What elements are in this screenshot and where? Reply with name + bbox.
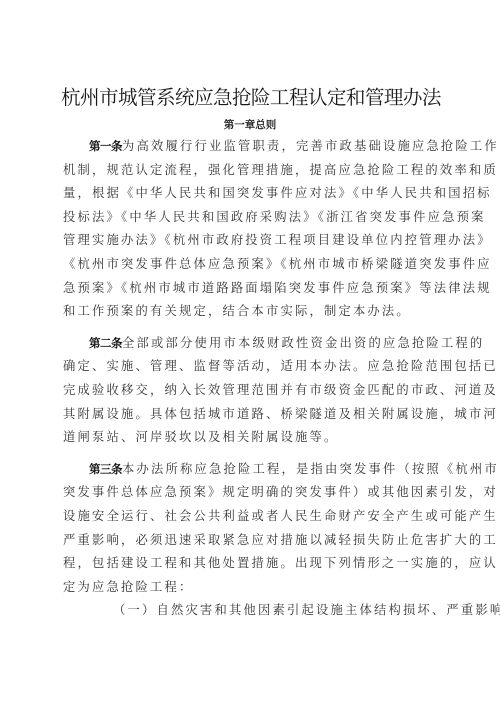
text-line: （一）自然灾害和其他因素引起设施主体结构损坏、严重影响 — [63, 599, 439, 623]
text-line: 《杭州市突发事件总体应急预案》《杭州市城市桥梁隧道突发事件应 — [63, 253, 439, 277]
article-number: 第一条 — [89, 139, 122, 153]
text-line: 程，包括建设工程和其他处置措施。出现下列情形之一实施的，应认 — [63, 552, 439, 576]
text-line: 第一条为高效履行行业监管职责，完善市政基础设施应急抢险工作 — [63, 135, 439, 159]
text-line: 机制，规范认定流程，强化管理措施，提高应急抢险工程的效率和质 — [63, 159, 439, 183]
document-title: 杭州市城管系统应急抢险工程认定和管理办法 — [61, 85, 441, 111]
article-1: 第一条为高效履行行业监管职责，完善市政基础设施应急抢险工作 机制，规范认定流程，… — [63, 135, 439, 324]
text-line: 定为应急抢险工程： — [63, 576, 439, 600]
article-3: 第三条本办法所称应急抢险工程，是指由突发事件（按照《杭州市 突发事件总体应急预案… — [63, 458, 439, 600]
text-line: 量，根据《中华人民共和国突发事件应对法》《中华人民共和国招标 — [63, 182, 439, 206]
text-line: 第三条本办法所称应急抢险工程，是指由突发事件（按照《杭州市 — [63, 458, 439, 482]
text-line: 确定、实施、管理、监督等活动，适用本办法。应急抢险范围包括已 — [63, 355, 439, 379]
text-line: 完成验收移交，纳入长效管理范围并有市级资金匹配的市政、河道及 — [63, 379, 439, 403]
text-line: 其附属设施。具体包括城市道路、桥梁隧道及相关附属设施，城市河 — [63, 403, 439, 427]
document-page: 杭州市城管系统应急抢险工程认定和管理办法 第一章总则 第一条为高效履行行业监管职… — [0, 0, 500, 707]
document-body: 第一条为高效履行行业监管职责，完善市政基础设施应急抢险工作 机制，规范认定流程，… — [63, 135, 439, 623]
text-line: 严重影响，必须迅速采取紧急应对措施以减轻损失防止危害扩大的工 — [63, 529, 439, 553]
text-line: 投标法》《中华人民共和国政府采购法》《浙江省突发事件应急预案 — [63, 206, 439, 230]
text-line: 道闸泵站、河岸驳坎以及相关附属设施等。 — [63, 426, 439, 450]
article-number: 第二条 — [89, 336, 122, 350]
list-item-1: （一）自然灾害和其他因素引起设施主体结构损坏、严重影响 — [63, 599, 439, 623]
text-line: 设施安全运行、社会公共利益或者人民生命财产安全产生或可能产生 — [63, 505, 439, 529]
chapter-heading: 第一章总则 — [0, 118, 500, 132]
text-line: 管理实施办法》《杭州市政府投资工程项目建设单位内控管理办法》 — [63, 229, 439, 253]
text-line: 第二条全部或部分使用市本级财政性资金出资的应急抢险工程的 — [63, 332, 439, 356]
article-2: 第二条全部或部分使用市本级财政性资金出资的应急抢险工程的 确定、实施、管理、监督… — [63, 332, 439, 450]
text-line: 突发事件总体应急预案》规定明确的突发事件）或其他因素引发，对 — [63, 481, 439, 505]
article-number: 第三条 — [89, 462, 122, 476]
text-line: 和工作预案的有关规定，结合本市实际，制定本办法。 — [63, 300, 439, 324]
text-line: 急预案》《杭州市城市道路路面塌陷突发事件应急预案》等法律法规 — [63, 277, 439, 301]
